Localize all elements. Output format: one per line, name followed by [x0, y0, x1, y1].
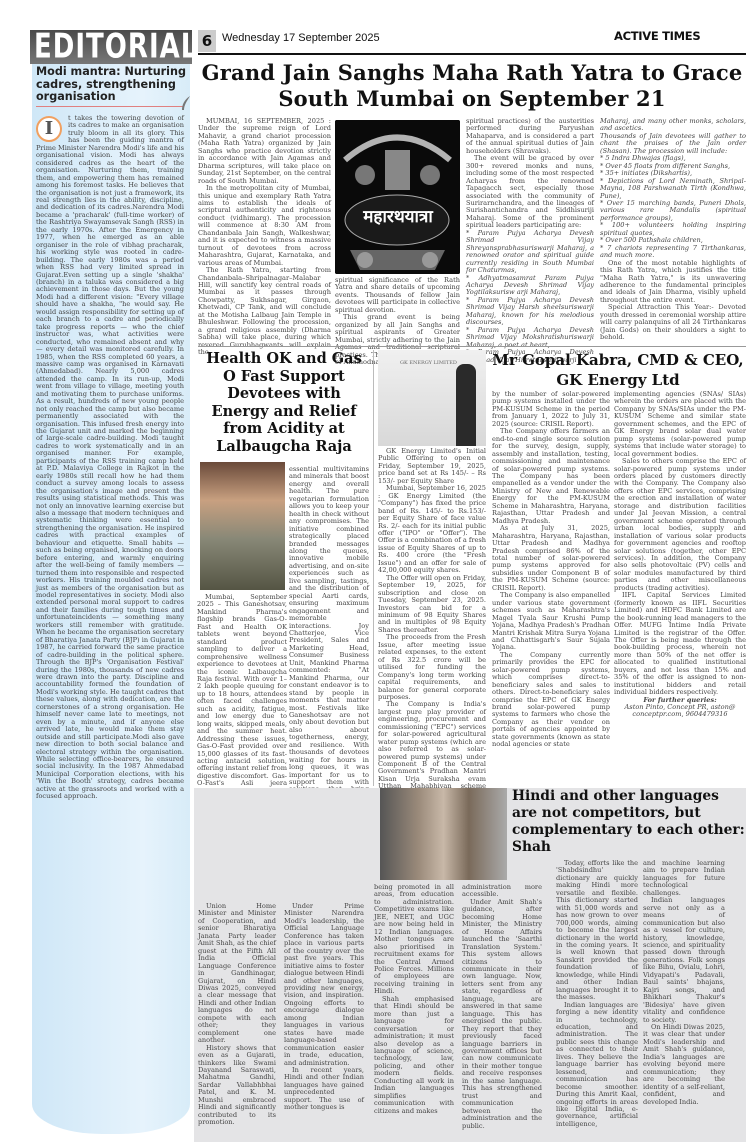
banner-letter: D: [53, 28, 76, 67]
article-paragraph: The Company is also empanelled under var…: [492, 592, 610, 652]
amit-shah-photo: [380, 788, 507, 880]
rath-yatra-column-4: Maharaj, and many other monks, scholars,…: [600, 118, 746, 342]
health-ok-headline: Health OK and Gas O Fast Support Devotee…: [198, 350, 370, 455]
article-paragraph: The Rath Yatra, starting from Chandanbal…: [198, 267, 331, 356]
rath-yatra-column-3: spiritual practices) of the austerities …: [466, 118, 594, 364]
queries-contact: Aston Pinto, Concept PR, aston@ conceptp…: [614, 704, 746, 719]
masthead-divider: [198, 53, 746, 55]
hindi-column-5: Today, efforts like the 'Shabdsindhu' di…: [556, 860, 638, 1128]
editorial-title: Modi mantra: Nurturing cadres, strengthe…: [36, 66, 186, 104]
rath-yatra-column-1: MUMBAI, 16 SEPTEMBER, 2025 : Under the s…: [198, 118, 331, 357]
banner-letter: L: [181, 28, 199, 67]
editorial-body: t takes the towering devotion of its cad…: [36, 115, 184, 801]
hindi-column-6: and machine learning aim to prepare Indi…: [643, 860, 725, 1106]
article-paragraph: The Offer will open on Friday, September…: [378, 575, 486, 635]
banner-letter: T: [86, 28, 105, 67]
editorial-paragraph: t takes the towering devotion of its cad…: [36, 114, 184, 800]
article-paragraph: The Company offers farmers an end-to-end…: [492, 428, 610, 525]
poster-caption: महारथयात्रा: [343, 204, 453, 227]
editorial-section-banner: E D I T O R I A L: [30, 30, 192, 64]
gk-energy-column-3: implementing agencies (SNAs/ SIAs) where…: [614, 391, 746, 719]
gk-energy-column-2: by the number of solar-powered pump syst…: [492, 391, 610, 749]
article-paragraph: being promoted in all areas, from educat…: [374, 884, 454, 996]
gk-energy-sign: GK ENERGY LIMITED: [400, 360, 457, 366]
article-paragraph: Indian languages serve not only as a mea…: [643, 897, 725, 1024]
chariot-illustration: [335, 120, 460, 274]
leader-name: Param Pujya Acharya Devesh Shrimad Vijay…: [466, 229, 594, 274]
banner-letter: E: [34, 28, 53, 67]
article-paragraph: Indian languages are forging a new ident…: [556, 1002, 638, 1129]
article-paragraph: Union Home Minister and Minister of Coop…: [198, 903, 276, 1045]
maha-rath-yatra-poster: महारथयात्रा: [335, 120, 460, 274]
leader-name: Param Pujya Acharya Devesh Shrimad Vijay…: [466, 296, 594, 326]
article-paragraph: The event will be graced by over 300+ re…: [466, 155, 594, 230]
article-paragraph: Sales to others comprise the EPC of sola…: [614, 458, 746, 592]
hindi-column-4: administration more accessible. Under Am…: [462, 884, 542, 1130]
leader-item: * Param Pujya Acharya Devesh Shrimad Vij…: [466, 230, 594, 275]
article-paragraph: Under Prime Minister Narendra Modi's lea…: [284, 903, 364, 1067]
gopal-kabra-photo: GK ENERGY LIMITED: [378, 350, 486, 446]
procession-item: * Depictions of Lord Neminath, Shripal-M…: [600, 178, 746, 200]
procession-item-text: 7 chariots representing 7 Tirthankaras, …: [600, 244, 746, 259]
gk-energy-column-1: GK Energy Limited's Initial Public Offer…: [378, 448, 486, 806]
article-paragraph: implementing agencies (SNAs/ SIAs) where…: [614, 391, 746, 458]
article-paragraph: Special Attraction This Year:- Devoted y…: [600, 304, 746, 341]
article-paragraph: The Company currently primarily provides…: [492, 652, 610, 749]
hindi-headline: Hindi and other languages are not compet…: [512, 788, 746, 856]
hindi-column-1: Union Home Minister and Minister of Coop…: [198, 903, 276, 1127]
article-paragraph: Mumbai, September 16, 2025 : GK Energy L…: [378, 485, 486, 574]
article-paragraph: In recent years, Hindi and other Indian …: [284, 1067, 364, 1112]
banner-letter: A: [160, 28, 181, 67]
article-paragraph: As at July 31, 2025, Maharashtra, Haryan…: [492, 525, 610, 592]
banner-letter: I: [149, 28, 160, 67]
article-paragraph: GK Energy Limited's Initial Public Offer…: [378, 448, 486, 485]
title-underline: [36, 106, 184, 107]
leader-item: * Param Pujya Acharya Devesh Shrimad Vij…: [466, 297, 594, 327]
article-paragraph: One of the most notable highlights of th…: [600, 260, 746, 305]
speaker-figure: [456, 364, 476, 446]
quill-pen-icon: [180, 95, 192, 111]
procession-intro: Thousands of Jain devotees will gather t…: [600, 133, 746, 155]
article-paragraph: Maharaj, and many other monks, scholars,…: [600, 118, 746, 133]
article-paragraph: History shows that even as a Gujarati, t…: [198, 1045, 276, 1127]
article-paragraph: Under Amit Shah's guidance, after becomi…: [462, 899, 542, 1130]
drop-cap: I: [36, 116, 62, 142]
procession-item: * 100+ volunteers holding inspiring spir…: [600, 222, 746, 237]
article-paragraph: The proceeds from the Fresh Issue, after…: [378, 634, 486, 701]
issue-date: Wednesday 17 September 2025: [222, 32, 380, 44]
leader-item: * Adhyatmasamrat Param Pujya Acharya Dev…: [466, 275, 594, 297]
column-divider: [373, 350, 374, 786]
article-paragraph: spiritual significance of the Rath Yatra…: [335, 277, 460, 314]
article-paragraph: Shah emphasised that Hindi should be mor…: [374, 996, 454, 1115]
hindi-column-2: Under Prime Minister Narendra Modi's lea…: [284, 903, 364, 1112]
procession-item-text: 100+ volunteers holding inspiring spirit…: [600, 221, 746, 236]
gk-energy-headline: Mr Gopal Kabra, CMD & CEO, GK Energy Ltd: [490, 350, 746, 390]
article-paragraph: On Hindi Diwas 2025, it was clear that u…: [643, 1024, 725, 1106]
article-paragraph: by the number of solar-powered pump syst…: [492, 391, 610, 428]
procession-item-text: Over 15 marching bands, Puneri Dhols, va…: [600, 199, 746, 222]
publication-name: ACTIVE TIMES: [614, 29, 700, 43]
article-paragraph: MUMBAI, 16 SEPTEMBER, 2025 : Under the s…: [198, 118, 331, 185]
banner-letter: O: [105, 28, 128, 67]
article-paragraph: IIFL Capital Services Limited (formerly …: [614, 592, 746, 696]
article-paragraph: spiritual practices) of the austerities …: [466, 118, 594, 155]
hindi-column-3: being promoted in all areas, from educat…: [374, 884, 454, 1115]
procession-item: * Over 15 marching bands, Puneri Dhols, …: [600, 200, 746, 222]
leader-name: Adhyatmasamrat Param Pujya Acharya Deves…: [466, 274, 594, 297]
banner-letter: R: [128, 28, 149, 67]
procession-item-text: Depictions of Lord Neminath, Shripal-May…: [600, 177, 746, 200]
article-paragraph: In the metropolitan city of Mumbai, this…: [198, 185, 331, 267]
article-paragraph: and machine learning aim to prepare Indi…: [643, 860, 725, 897]
section-divider: [198, 346, 746, 347]
banner-letter: I: [75, 28, 86, 67]
rath-yatra-headline: Grand Jain Sanghs Maha Rath Yatra to Gra…: [198, 60, 746, 112]
page-number: 6: [198, 30, 216, 52]
article-paragraph: administration more accessible.: [462, 884, 542, 899]
procession-item: * 7 chariots representing 7 Tirthankaras…: [600, 245, 746, 260]
lalbaugcha-raja-photo-collage: [200, 462, 285, 590]
article-paragraph: Today, efforts like the 'Shabdsindhu' di…: [556, 860, 638, 1002]
